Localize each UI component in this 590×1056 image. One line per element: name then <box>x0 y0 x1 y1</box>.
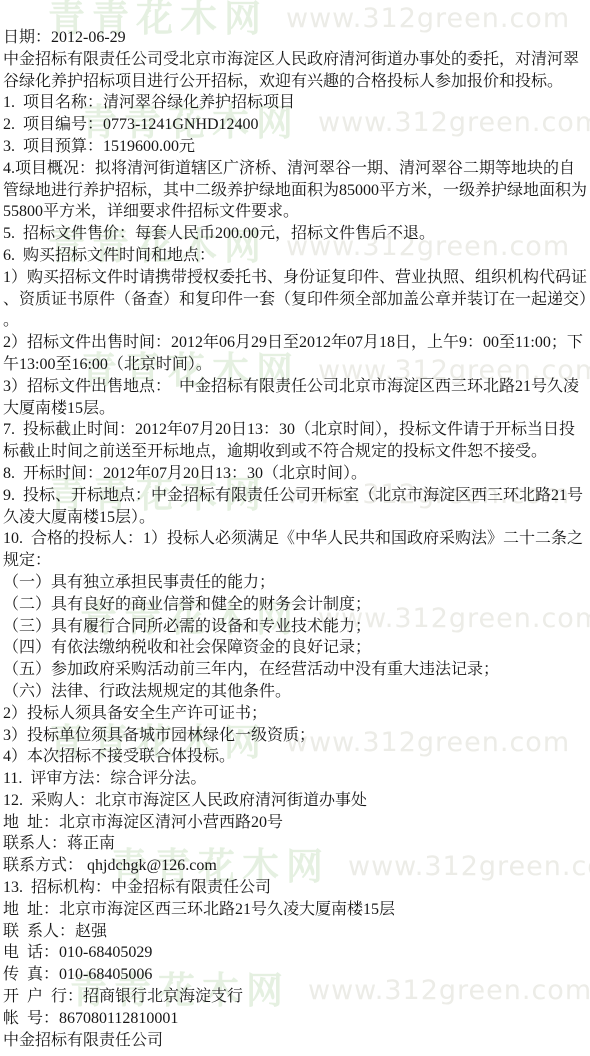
document-line: 11. 评审方法：综合评分法。 <box>3 768 587 790</box>
document-line: 帐 号：867080112810001 <box>3 1008 587 1030</box>
document-line: 6. 购买招标文件时间和地点： <box>3 245 587 267</box>
document-line: 2. 项目编号：0773-1241GNHD12400 <box>3 114 587 136</box>
document-line: 联系方式： qhjdchgk@126.com <box>3 855 587 877</box>
document-line: 电 话：010-68405029 <box>3 942 587 964</box>
document-line: （六）法律、行政法规规定的其他条件。 <box>3 681 587 703</box>
document-line: 日期：2012-06-29 <box>3 27 587 49</box>
document-line: 4.项目概况：拟将清河街道辖区广济桥、清河翠谷一期、清河翠谷二期等地块的自管绿地… <box>3 158 587 223</box>
document-line: 10. 合格的投标人：1）投标人必须满足《中华人民共和国政府采购法》二十二条之规… <box>3 528 587 572</box>
document-line: 中金招标有限责任公司受北京市海淀区人民政府清河街道办事处的委托，对清河翠谷绿化养… <box>3 49 587 93</box>
document-line: （二）具有良好的商业信誉和健全的财务会计制度； <box>3 594 587 616</box>
document-line: 中金招标有限责任公司 <box>3 1030 587 1052</box>
document-line: 2）投标人须具备安全生产许可证书； <box>3 703 587 725</box>
document-line: 4）本次招标不接受联合体投标。 <box>3 746 587 768</box>
document-line: （五）参加政府采购活动前三年内，在经营活动中没有重大违法记录； <box>3 659 587 681</box>
document-line: 5. 招标文件售价：每套人民币200.00元，招标文件售后不退。 <box>3 223 587 245</box>
document-line: 3. 项目预算：1519600.00元 <box>3 136 587 158</box>
document-line: 8. 开标时间：2012年07月20日13：30（北京时间）。 <box>3 463 587 485</box>
document-line: 9. 投标、开标地点：中金招标有限责任公司开标室（北京市海淀区西三环北路21号久… <box>3 485 587 529</box>
document-line: 13. 招标机构：中金招标有限责任公司 <box>3 877 587 899</box>
document-line: 2）招标文件出售时间：2012年06月29日至2012年07月18日，上午9：0… <box>3 332 587 376</box>
document-line: 3）招标文件出售地点： 中金招标有限责任公司北京市海淀区西三环北路21号久凌大厦… <box>3 376 587 420</box>
document-line: 1. 项目名称：清河翠谷绿化养护招标项目 <box>3 92 587 114</box>
document-line: 12. 采购人：北京市海淀区人民政府清河街道办事处 <box>3 790 587 812</box>
document-line: 开 户 行：招商银行北京海淀支行 <box>3 986 587 1008</box>
document-line: 联系人：蒋正南 <box>3 833 587 855</box>
document-line: 3）投标单位须具备城市园林绿化一级资质； <box>3 725 587 747</box>
document-line: 地 址：北京市海淀区西三环北路21号久凌大厦南楼15层 <box>3 899 587 921</box>
document-content: 日期：2012-06-29中金招标有限责任公司受北京市海淀区人民政府清河街道办事… <box>0 0 590 1051</box>
document-line: 地 址：北京市海淀区清河小营西路20号 <box>3 812 587 834</box>
document-line: （三）具有履行合同所必需的设备和专业技术能力； <box>3 616 587 638</box>
document-line: （四）有依法缴纳税收和社会保障资金的良好记录； <box>3 637 587 659</box>
document-line: 联 系人：赵强 <box>3 921 587 943</box>
document-line: （一）具有独立承担民事责任的能力； <box>3 572 587 594</box>
document-line: 1）购买招标文件时请携带授权委托书、身份证复印件、营业执照、组织机构代码证、资质… <box>3 267 587 332</box>
document-line: 传 真：010-68405006 <box>3 964 587 986</box>
document-line: 7. 投标截止时间：2012年07月20日13：30（北京时间），投标文件请于开… <box>3 419 587 463</box>
tender-notice-page: 青青花木网www.312green.com 青青花木网www.312green.… <box>0 0 590 1056</box>
